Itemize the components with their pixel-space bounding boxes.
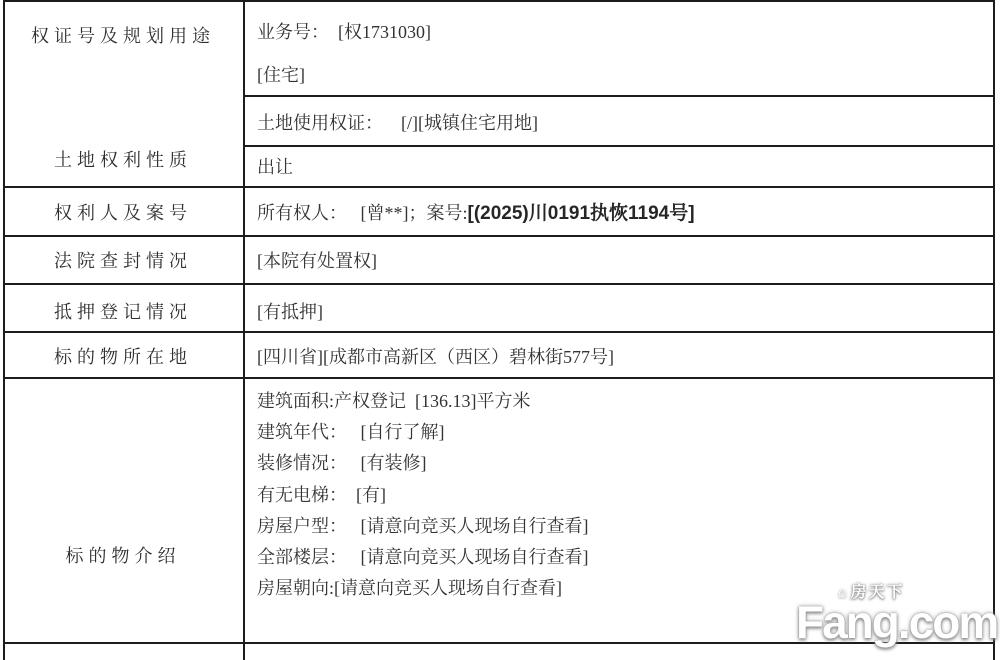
row-label-intro: 标的物介绍 [3,543,243,569]
table-column-divider [243,0,245,660]
table-border-row-mortgage [3,331,995,333]
intro-line-house-facing: 房屋朝向:[请意向竞买人现场自行查看] [257,575,562,601]
value-case-number: [(2025)川0191执恢1194号] [468,203,695,224]
intro-line-building-area: 建筑面积:产权登记 [136.13]平方米 [257,388,531,414]
fang-brand-cn: 房天下 [850,584,904,601]
table-border-row-landcert [243,145,995,147]
table-border-right [993,0,995,660]
table-border-row-intro [3,642,995,644]
row-label-land-right-nature: 土地权利性质 [3,147,243,173]
intro-line-elevator: 有无电梯： [有] [257,482,386,508]
row-label-location: 标的物所在地 [3,344,243,370]
fang-watermark-chinese: ⌂房天下 [838,579,904,602]
intro-line-total-floors: 全部楼层： [请意向竞买人现场自行查看] [257,544,589,570]
table-border-row-transfer [3,186,995,188]
intro-line-house-layout: 房屋户型： [请意向竞买人现场自行查看] [257,513,589,539]
house-icon: ⌂ [838,584,848,600]
intro-line-building-year: 建筑年代： [自行了解] [257,419,445,445]
value-land-transfer: 出让 [257,154,293,180]
value-location: [四川省][成都市高新区（西区）碧林街577号] [257,344,614,370]
row-label-court-seizure: 法院查封情况 [3,248,243,274]
row-label-mortgage: 抵押登记情况 [3,299,243,325]
table-border-row-owner [3,235,995,237]
intro-line-decoration: 装修情况： [有装修] [257,450,427,476]
table-border-row-usage [243,95,995,97]
value-mortgage: [有抵押] [257,299,323,325]
row-label-owner-case: 权利人及案号 [3,200,243,226]
value-owner-and-case: 所有权人： [曾**]；案号:[(2025)川0191执恢1194号] [257,200,695,226]
table-border-row-location [3,377,995,379]
row-label-certificate-number: 权证号及规划用途 [3,23,243,49]
auction-property-table: 权证号及规划用途 土地权利性质 权利人及案号 法院查封情况 抵押登记情况 标的物… [0,0,1000,660]
value-land-certificate: 土地使用权证： [/][城镇住宅用地] [257,110,538,136]
value-court-seizure: [本院有处置权] [257,248,377,274]
value-business-number: 业务号： [权1731030] [257,19,431,45]
value-owner-prefix: 所有权人： [曾**]；案号: [257,203,468,223]
table-border-top [3,0,995,2]
value-planned-usage: [住宅] [257,62,305,88]
table-border-row-court [3,283,995,285]
fang-watermark: ⌂房天下 Fang.com [796,578,996,658]
